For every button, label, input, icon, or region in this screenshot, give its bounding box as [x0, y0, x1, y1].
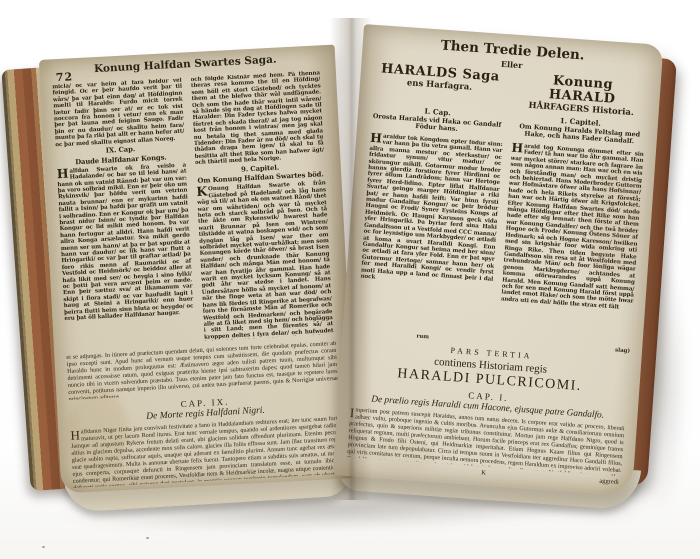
saga-body: Halfdan Swarte ok fra veislo a Hadalande…: [57, 162, 194, 322]
icelandic-title-block: HARALDS Saga ens Harfagra.: [373, 62, 506, 109]
latin-body: Halfdanus Niger finita jam convivali fes…: [70, 416, 343, 488]
book-photo-scene: 72 Konung Halfdan Swartes Saga. micla/ o…: [0, 0, 700, 559]
latin-body-text: alfdanus Niger finita jam convivali fest…: [71, 416, 343, 488]
saga-body-text: araldur tok Kongdom epter födur sinn: va…: [360, 134, 502, 283]
right-page-columns: Haraldur tok Kongdom epter födur sinn: v…: [357, 133, 644, 348]
left-page: 72 Konung Halfdan Swartes Saga. micla/ o…: [39, 45, 357, 494]
saga-body-text: alfdan Swarte ok fra veislo a Hadalande/…: [57, 162, 193, 322]
saga-body-text: arald tog Konunga dömmet efter sin Fader…: [501, 144, 644, 311]
dust-speck: [42, 546, 45, 548]
swedish-column: Harald tog Konunga dömmet efter sin Fade…: [498, 143, 644, 348]
drop-cap: H: [57, 168, 70, 179]
catchword: aggredi: [599, 478, 619, 486]
saga-body: KOnung Halfdan Swarte ok från Gästebod p…: [196, 181, 333, 341]
icelandic-column: micla/ oc var heim at fara heldur vel fe…: [52, 78, 195, 348]
right-page: Then Tredie Delen. Eller HARALDS Saga en…: [333, 24, 664, 496]
opening-paragraph: micla/ oc var heim at fara heldur vel fe…: [52, 78, 185, 149]
drop-cap: H: [370, 133, 383, 144]
opening-paragraph: och fölgde Kistnär med hem. På thenna th…: [190, 70, 324, 166]
drop-cap: K: [196, 187, 208, 198]
left-page-columns: micla/ oc var heim at fara heldur vel fe…: [52, 70, 333, 348]
drop-cap: H: [511, 143, 524, 154]
dust-speck: [146, 537, 149, 539]
swedish-column: och fölgde Kistnär med hem. På thenna th…: [190, 70, 333, 340]
saga-body-text: Onung Halfdan Swarte ok från Gästebod på…: [197, 181, 334, 341]
latin-continuation: ei se adjungas. In itinere ad præfectum …: [66, 341, 338, 400]
swedish-title-block: Konung HARALD HÅRFAGERS Historia.: [516, 72, 649, 119]
icelandic-column: Haraldur tok Kongdom epter födur sinn: v…: [357, 133, 503, 338]
